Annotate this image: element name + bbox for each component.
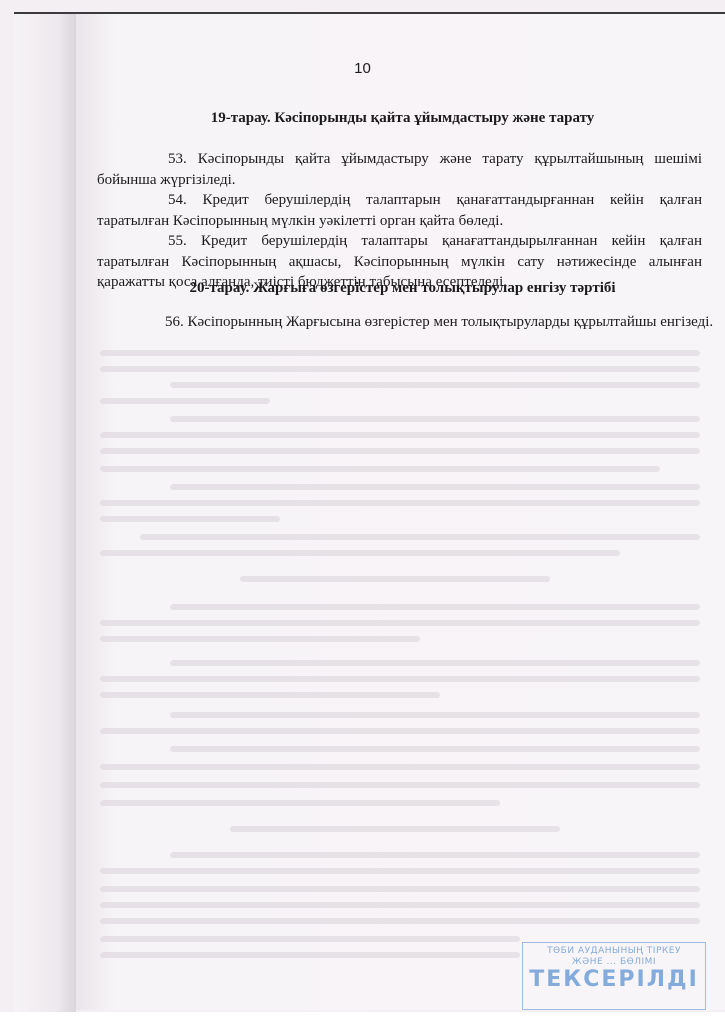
show-through-line <box>100 886 700 892</box>
paragraph-56: 56. Кәсіпорынның Жарғысына өзгерістер ме… <box>165 312 725 333</box>
show-through-line <box>100 764 700 770</box>
paragraph-53: 53. Кәсіпорынды қайта ұйымдастыру және т… <box>97 149 702 190</box>
show-through-line <box>100 800 500 806</box>
adjacent-page-edge <box>14 13 76 1024</box>
show-through-line <box>100 782 700 788</box>
registration-stamp: ТӨБИ АУДАНЫНЫҢ ТІРКЕУ ЖӘНЕ ... БӨЛІМІ ТЕ… <box>522 942 706 1010</box>
show-through-line <box>100 936 520 942</box>
show-through-line <box>100 620 700 626</box>
show-through-line <box>100 466 660 472</box>
show-through-line <box>100 366 700 372</box>
show-through-line <box>170 660 700 666</box>
show-through-line <box>100 918 700 924</box>
paragraph-54: 54. Кредит берушілердің талаптарын қанағ… <box>97 190 702 231</box>
show-through-line <box>100 676 700 682</box>
stamp-line-2: ЖӘНЕ ... БӨЛІМІ <box>523 957 705 967</box>
show-through-line <box>170 484 700 490</box>
show-through-line <box>170 712 700 718</box>
show-through-line <box>230 826 560 832</box>
show-through-line <box>100 728 700 734</box>
page-top-edge <box>14 12 725 14</box>
show-through-line <box>100 500 700 506</box>
show-through-line <box>170 416 700 422</box>
stamp-line-3: ТЕКСЕРІЛДІ <box>523 967 705 992</box>
scan-bottom-margin <box>0 1012 725 1024</box>
show-through-line <box>100 516 280 522</box>
show-through-line <box>100 550 620 556</box>
show-through-line <box>240 576 550 582</box>
show-through-line <box>170 852 700 858</box>
show-through-line <box>140 534 700 540</box>
show-through-line <box>100 398 270 404</box>
chapter-20-heading: 20-тарау. Жарғыға өзгерістер мен толықты… <box>40 280 725 297</box>
show-through-line <box>170 746 700 752</box>
stamp-line-1: ТӨБИ АУДАНЫНЫҢ ТІРКЕУ <box>523 946 705 956</box>
chapter-19-heading: 19-тарау. Кәсіпорынды қайта ұйымдастыру … <box>40 110 725 127</box>
show-through-line <box>100 952 520 958</box>
show-through-line <box>100 432 700 438</box>
show-through-line <box>100 448 700 454</box>
show-through-line <box>170 382 700 388</box>
show-through-line <box>100 692 440 698</box>
show-through-line <box>170 604 700 610</box>
show-through-line <box>100 902 700 908</box>
page-number: 10 <box>0 60 725 77</box>
show-through-line <box>100 868 700 874</box>
show-through-line <box>100 350 700 356</box>
show-through-line <box>100 636 420 642</box>
